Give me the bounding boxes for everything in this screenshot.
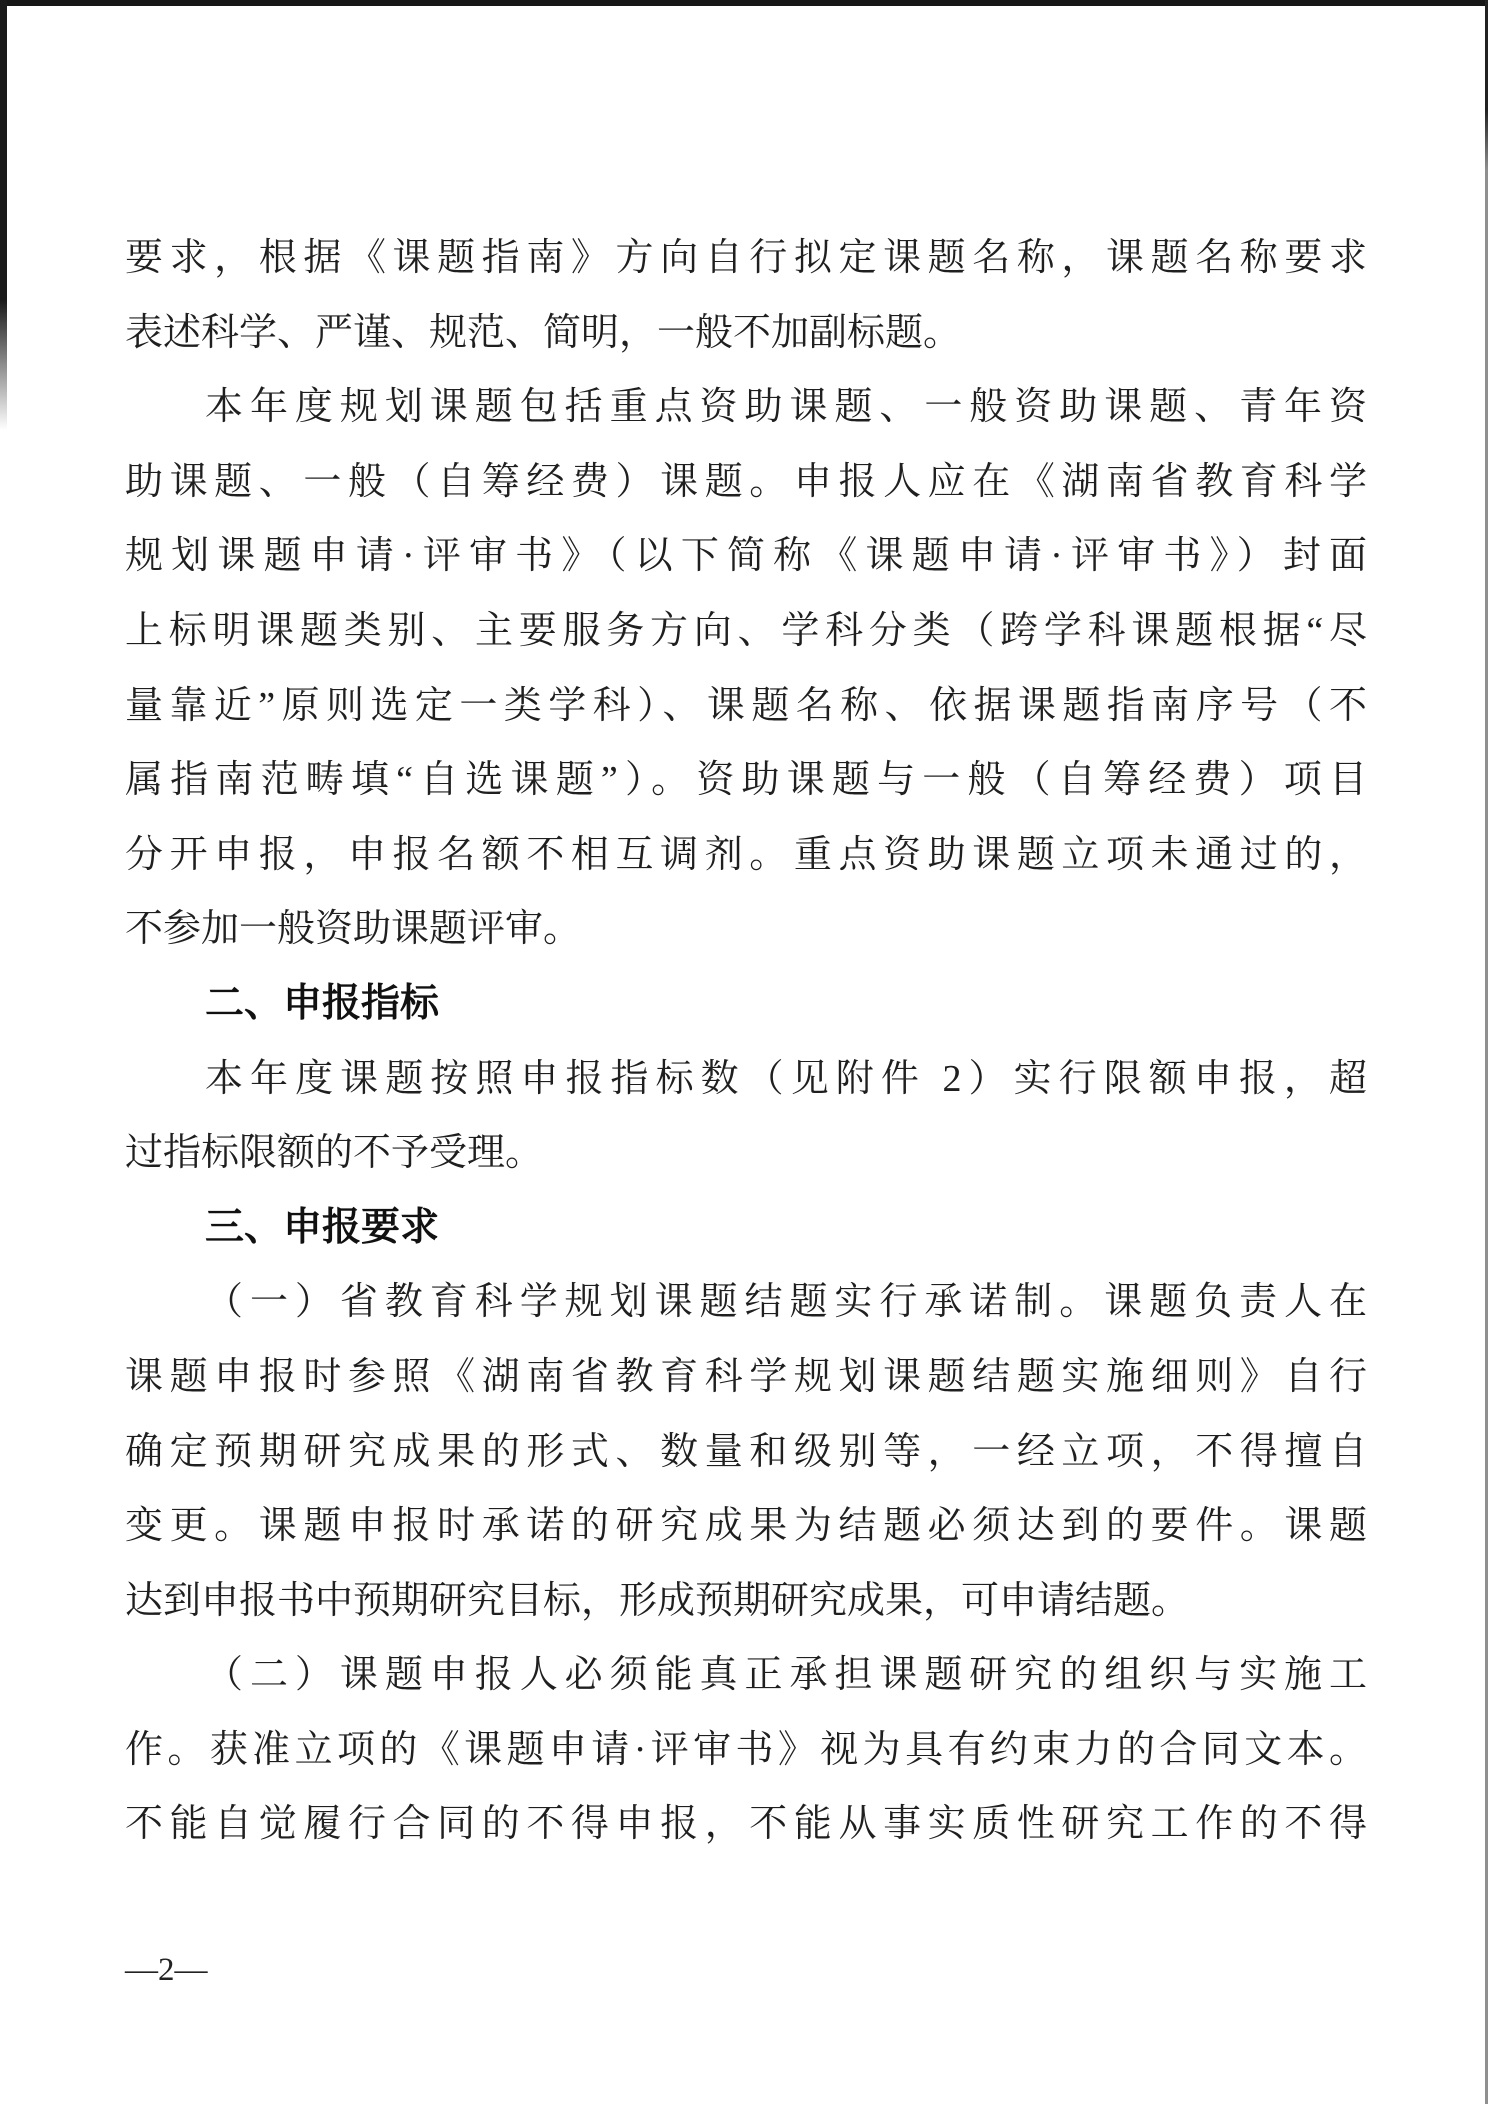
section-heading: 二、申报指标 <box>125 967 1367 1042</box>
scan-left-edge <box>0 0 7 430</box>
text-line: 达到申报书中预期研究目标，形成预期研究成果，可申请结题。 <box>125 1564 1367 1639</box>
text-line: 过指标限额的不予受理。 <box>125 1116 1367 1191</box>
text-line: 量靠近”原则选定一类学科）、课题名称、依据课题指南序号（不 <box>125 669 1367 744</box>
text-line: 本年度课题按照申报指标数（见附件 2）实行限额申报，超 <box>125 1042 1367 1117</box>
text-line: 本年度规划课题包括重点资助课题、一般资助课题、青年资 <box>125 370 1367 445</box>
section-heading: 三、申报要求 <box>125 1191 1367 1266</box>
text-line: 确定预期研究成果的形式、数量和级别等，一经立项，不得擅自 <box>125 1415 1367 1490</box>
document-body: 要求，根据《课题指南》方向自行拟定课题名称，课题名称要求 表述科学、严谨、规范、… <box>125 221 1367 1862</box>
text-line: 要求，根据《课题指南》方向自行拟定课题名称，课题名称要求 <box>125 221 1367 296</box>
text-line: （二）课题申报人必须能真正承担课题研究的组织与实施工 <box>125 1638 1367 1713</box>
text-line: 表述科学、严谨、规范、简明，一般不加副标题。 <box>125 296 1367 371</box>
scan-top-edge <box>0 0 1488 6</box>
text-line: 上标明课题类别、主要服务方向、学科分类（跨学科课题根据“尽 <box>125 594 1367 669</box>
text-line: 属指南范畴填“自选课题”）。资助课题与一般（自筹经费）项目 <box>125 743 1367 818</box>
page-number: —2— <box>125 1950 208 1990</box>
text-line: 助课题、一般（自筹经费）课题。申报人应在《湖南省教育科学 <box>125 445 1367 520</box>
text-line: 作。获准立项的《课题申请·评审书》视为具有约束力的合同文本。 <box>125 1713 1367 1788</box>
text-line: 变更。课题申报时承诺的研究成果为结题必须达到的要件。课题 <box>125 1489 1367 1564</box>
text-line: （一）省教育科学规划课题结题实行承诺制。课题负责人在 <box>125 1265 1367 1340</box>
text-line: 课题申报时参照《湖南省教育科学规划课题结题实施细则》自行 <box>125 1340 1367 1415</box>
text-line: 不能自觉履行合同的不得申报，不能从事实质性研究工作的不得 <box>125 1787 1367 1862</box>
text-line: 规划课题申请·评审书》（以下简称《课题申请·评审书》）封面 <box>125 519 1367 594</box>
text-line: 分开申报，申报名额不相互调剂。重点资助课题立项未通过的， <box>125 818 1367 893</box>
document-page: 要求，根据《课题指南》方向自行拟定课题名称，课题名称要求 表述科学、严谨、规范、… <box>0 0 1488 2104</box>
text-line: 不参加一般资助课题评审。 <box>125 892 1367 967</box>
